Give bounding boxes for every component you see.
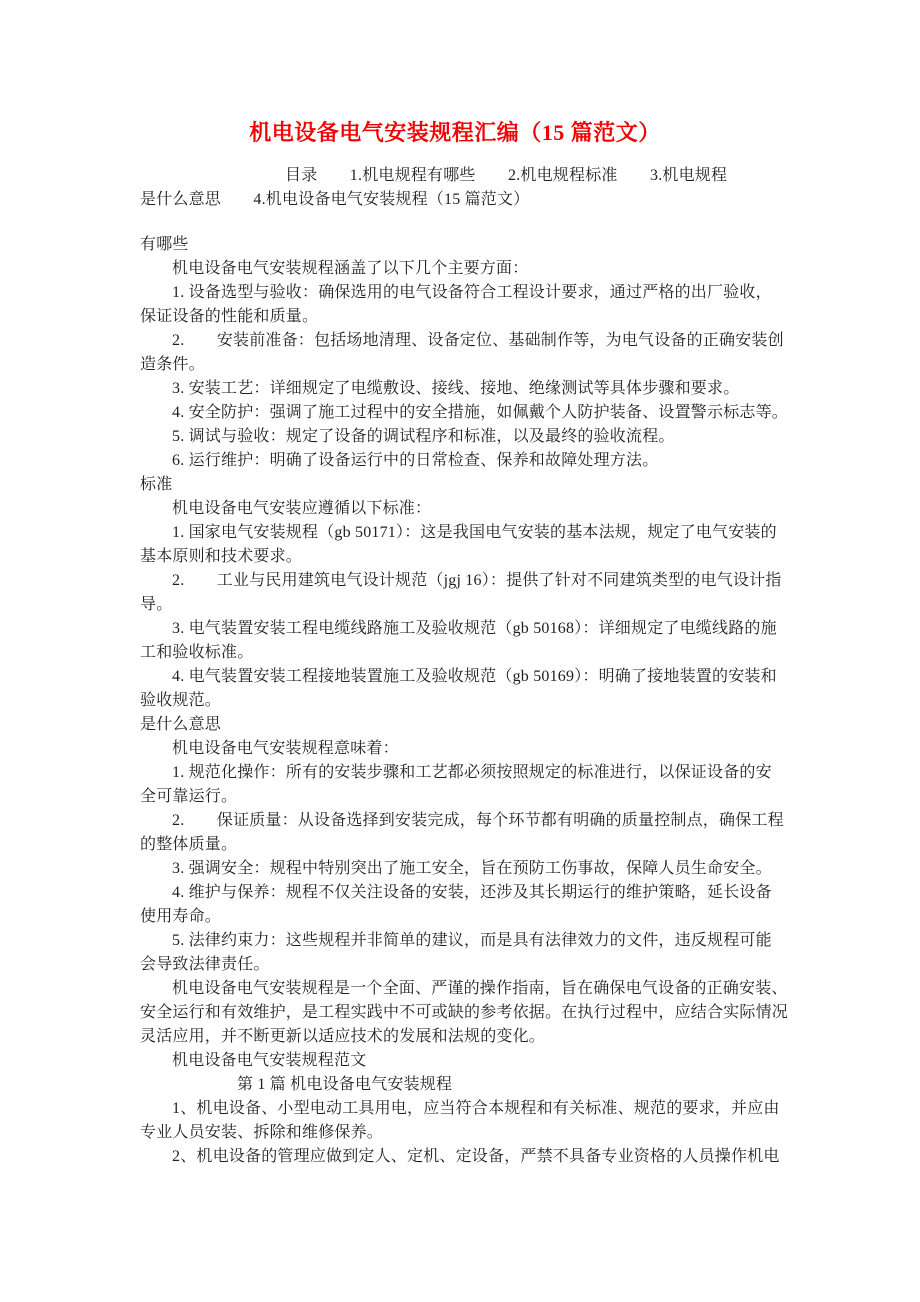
text-line: 1、机电设备、小型电动工具用电，应当符合本规程和有关标准、规范的要求，并应由	[140, 1097, 810, 1121]
text-line: 1. 设备选型与验收：确保选用的电气设备符合工程设计要求，通过严格的出厂验收，	[140, 281, 810, 305]
text-line: 造条件。	[140, 353, 810, 377]
text-line: 机电设备电气安装规程范文	[140, 1049, 810, 1073]
text-line: 1. 规范化操作：所有的安装步骤和工艺都必须按照规定的标准进行，以保证设备的安	[140, 761, 810, 785]
text-line: 3. 安装工艺：详细规定了电缆敷设、接线、接地、绝缘测试等具体步骤和要求。	[140, 377, 810, 401]
document-body: 目录 1.机电规程有哪些 2.机电规程标准 3.机电规程是什么意思 4.机电设备…	[140, 164, 810, 1169]
text-line: 2. 安装前准备：包括场地清理、设备定位、基础制作等，为电气设备的正确安装创	[140, 329, 810, 353]
text-line: 导。	[140, 593, 810, 617]
text-line: 3. 电气装置安装工程电缆线路施工及验收规范（gb 50168）：详细规定了电缆…	[140, 617, 810, 641]
blank-line	[140, 212, 810, 233]
text-line: 保证设备的性能和质量。	[140, 305, 810, 329]
text-line: 6. 运行维护：明确了设备运行中的日常检查、保养和故障处理方法。	[140, 449, 810, 473]
text-line: 灵活应用，并不断更新以适应技术的发展和法规的变化。	[140, 1025, 810, 1049]
text-line: 2、机电设备的管理应做到定人、定机、定设备，严禁不具备专业资格的人员操作机电	[140, 1145, 810, 1169]
text-line: 5. 法律约束力：这些规程并非简单的建议，而是具有法律效力的文件，违反规程可能	[140, 929, 810, 953]
text-line: 机电设备电气安装应遵循以下标准：	[140, 497, 810, 521]
text-line: 1. 国家电气安装规程（gb 50171）：这是我国电气安装的基本法规，规定了电…	[140, 521, 810, 545]
text-line: 4. 电气装置安装工程接地装置施工及验收规范（gb 50169）：明确了接地装置…	[140, 665, 810, 689]
document-title: 机电设备电气安装规程汇编（15 篇范文）	[120, 116, 790, 150]
text-line: 5. 调试与验收：规定了设备的调试程序和标准，以及最终的验收流程。	[140, 425, 810, 449]
text-line: 机电设备电气安装规程意味着：	[140, 737, 810, 761]
text-line: 工和验收标准。	[140, 641, 810, 665]
text-line: 4. 维护与保养：规程不仅关注设备的安装，还涉及其长期运行的维护策略，延长设备	[140, 881, 810, 905]
document-page: 机电设备电气安装规程汇编（15 篇范文） 目录 1.机电规程有哪些 2.机电规程…	[0, 0, 920, 1302]
text-line: 4. 安全防护：强调了施工过程中的安全措施，如佩戴个人防护装备、设置警示标志等。	[140, 401, 810, 425]
text-line: 机电设备电气安装规程是一个全面、严谨的操作指南，旨在确保电气设备的正确安装、	[140, 977, 810, 1001]
text-line: 是什么意思 4.机电设备电气安装规程（15 篇范文）	[140, 188, 810, 212]
text-line: 有哪些	[140, 233, 810, 257]
text-line: 2. 工业与民用建筑电气设计规范（jgj 16）：提供了针对不同建筑类型的电气设…	[140, 569, 810, 593]
text-line: 安全运行和有效维护，是工程实践中不可或缺的参考依据。在执行过程中，应结合实际情况	[140, 1001, 810, 1025]
text-line: 2. 保证质量：从设备选择到安装完成，每个环节都有明确的质量控制点，确保工程	[140, 809, 810, 833]
text-line: 3. 强调安全：规程中特别突出了施工安全，旨在预防工伤事故，保障人员生命安全。	[140, 857, 810, 881]
text-line: 标准	[140, 473, 810, 497]
text-line: 是什么意思	[140, 713, 810, 737]
text-line: 基本原则和技术要求。	[140, 545, 810, 569]
text-line: 第 1 篇 机电设备电气安装规程	[140, 1073, 810, 1097]
text-line: 目录 1.机电规程有哪些 2.机电规程标准 3.机电规程	[140, 164, 810, 188]
text-line: 会导致法律责任。	[140, 953, 810, 977]
text-line: 的整体质量。	[140, 833, 810, 857]
text-line: 机电设备电气安装规程涵盖了以下几个主要方面：	[140, 257, 810, 281]
text-line: 使用寿命。	[140, 905, 810, 929]
text-line: 全可靠运行。	[140, 785, 810, 809]
text-line: 专业人员安装、拆除和维修保养。	[140, 1121, 810, 1145]
text-line: 验收规范。	[140, 689, 810, 713]
